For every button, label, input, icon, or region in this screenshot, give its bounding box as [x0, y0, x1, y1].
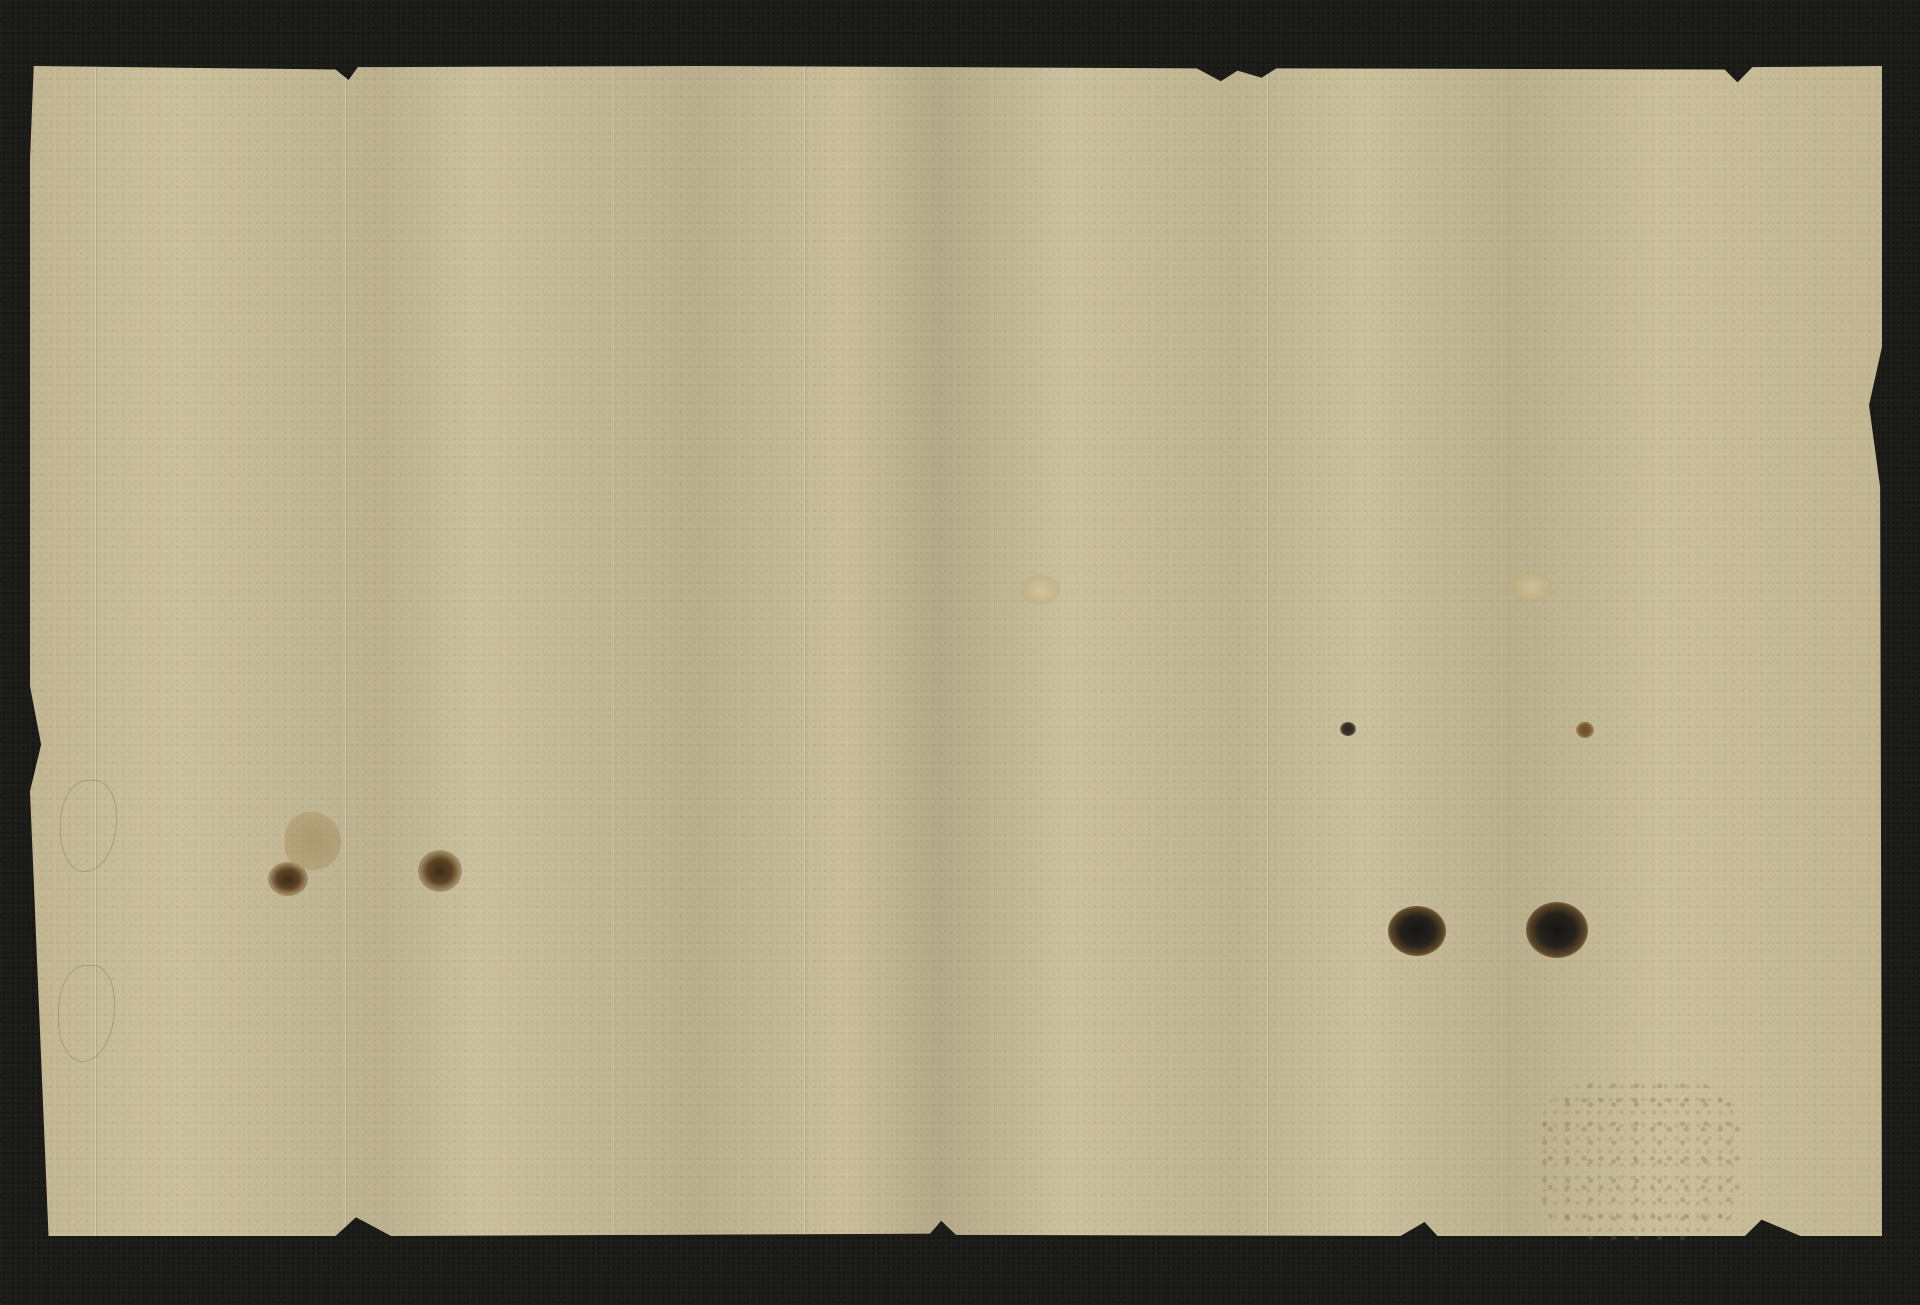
ink-dot: [1340, 722, 1356, 736]
fold-6-crease: [1267, 66, 1269, 1236]
brown-dot: [1576, 722, 1594, 738]
aged-paper-sheet: [30, 66, 1882, 1236]
burn-hole: [1526, 902, 1588, 958]
fold-4-crease: [804, 66, 806, 1236]
water-stain: [1512, 572, 1552, 602]
fold-7-crease: [1502, 66, 1504, 1236]
burn-mark: [418, 850, 462, 892]
water-blot: [285, 812, 341, 870]
fold-3-crease: [613, 66, 615, 1236]
burn-hole: [1388, 906, 1446, 956]
fold-5-crease: [993, 66, 995, 1236]
fold-1-crease: [95, 66, 97, 1236]
water-stain: [1020, 575, 1060, 605]
foxing-spots: [1540, 1080, 1740, 1240]
fold-2-crease: [345, 66, 347, 1236]
